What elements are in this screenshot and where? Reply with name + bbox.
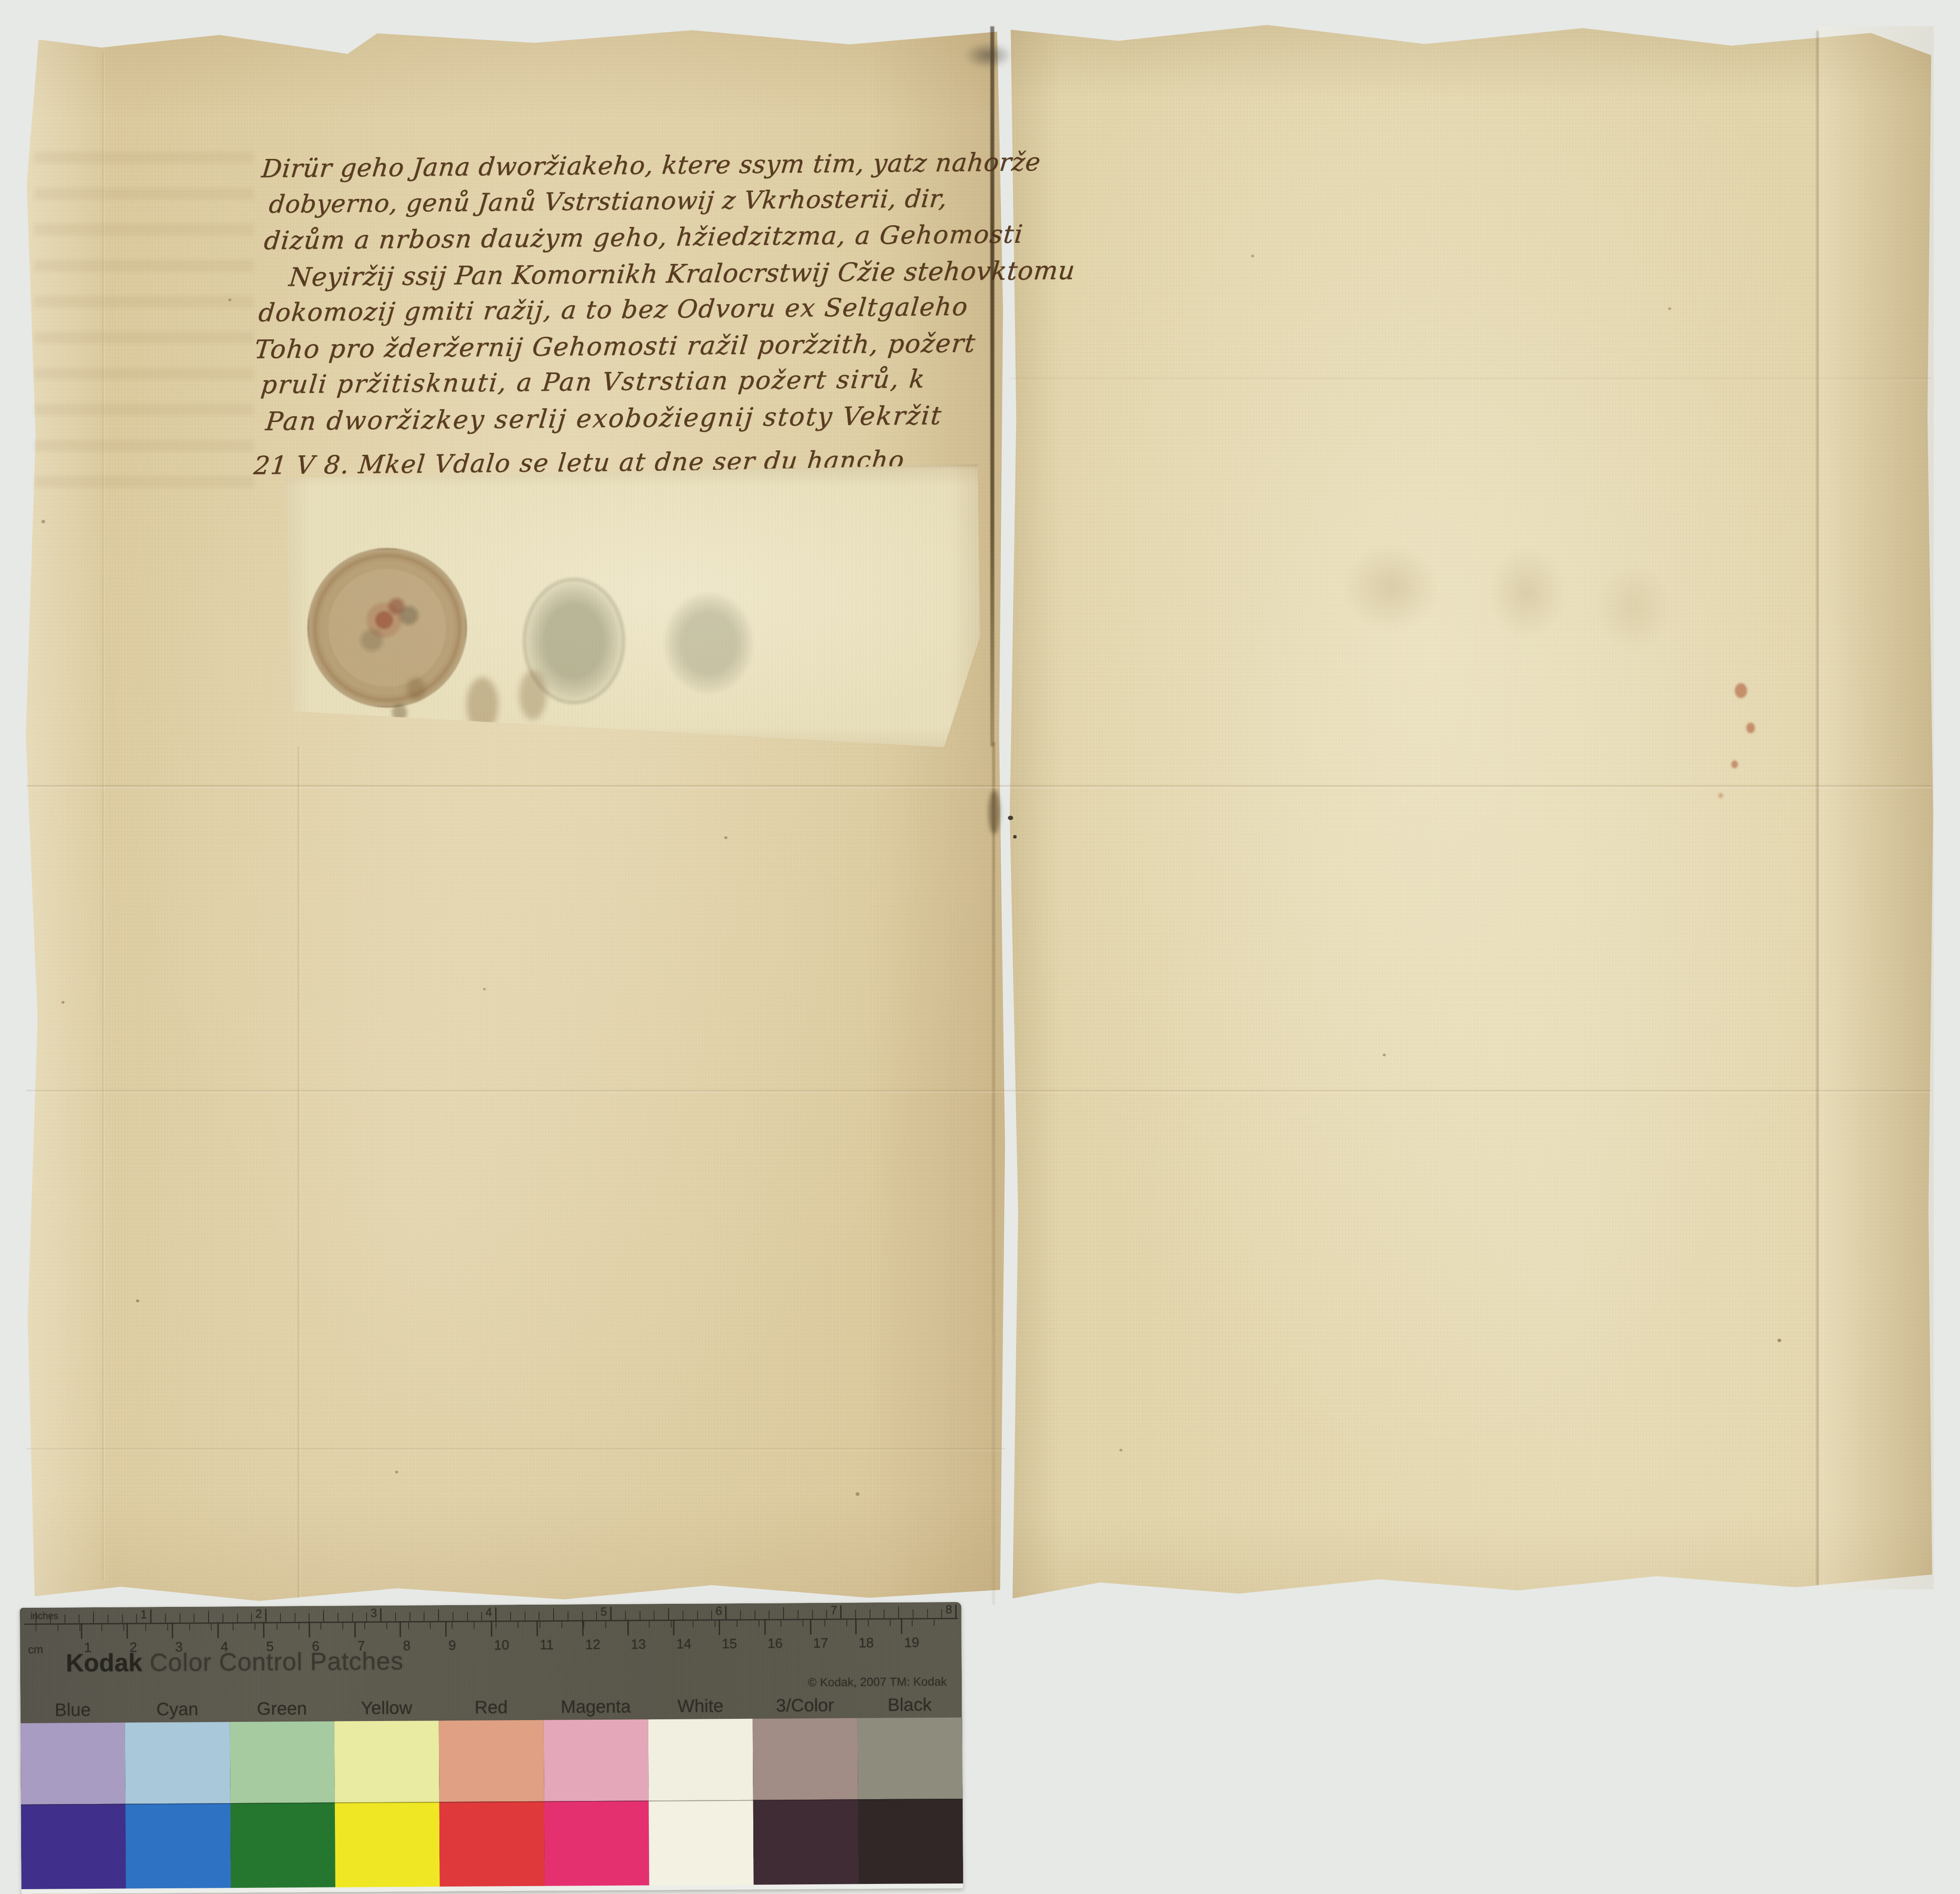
- cm-number: 14: [676, 1636, 692, 1652]
- patch-column-blue: [21, 1723, 126, 1889]
- red-wax-spot: [1735, 683, 1747, 698]
- patch-dark: [544, 1800, 649, 1887]
- inch-number: 2: [248, 1607, 262, 1621]
- inch-major-tick: [955, 1605, 957, 1618]
- patch-dark: [858, 1799, 963, 1885]
- red-wax-spot: [1731, 760, 1738, 768]
- patch-column-black: [857, 1718, 963, 1884]
- cm-major-tick: [628, 1620, 629, 1636]
- brown-stain: [407, 677, 425, 700]
- ink-fleck: [1008, 816, 1013, 820]
- patch-column-yellow: [334, 1721, 440, 1887]
- inch-major-tick: [380, 1608, 381, 1621]
- handwriting-line: Toho pro žderžernij Gehomosti ražil porž…: [253, 328, 977, 364]
- cm-major-tick: [536, 1620, 538, 1636]
- red-wax-spot: [1718, 793, 1723, 798]
- patch-light: [334, 1721, 439, 1802]
- cm-number: 13: [631, 1636, 646, 1652]
- patch-dark: [649, 1800, 754, 1886]
- cm-major-tick: [172, 1623, 173, 1638]
- patch-column-3-color: [753, 1718, 859, 1884]
- patch-light: [230, 1721, 334, 1803]
- inch-major-tick: [840, 1606, 842, 1619]
- cm-major-tick: [719, 1619, 720, 1635]
- cm-major-tick: [856, 1618, 857, 1634]
- horizontal-crease: [26, 1448, 1005, 1450]
- cm-major-tick: [491, 1620, 492, 1636]
- cm-number: 19: [904, 1635, 920, 1650]
- large-wax-seal: [307, 548, 467, 708]
- handwriting-line: dobyerno, genů Janů Vstrstianowij z Vkrh…: [268, 184, 949, 219]
- ink-fleck: [1013, 835, 1017, 839]
- seal-ghost-stain: [1598, 566, 1670, 648]
- patch-label: Black: [857, 1694, 962, 1717]
- inch-number: 8: [938, 1603, 952, 1617]
- kodak-logo-text: Kodak: [66, 1649, 143, 1677]
- patch-dark: [126, 1803, 231, 1889]
- patch-label: Red: [439, 1697, 544, 1719]
- patch-light: [753, 1718, 858, 1800]
- inch-number: 5: [593, 1605, 607, 1619]
- cm-number: 10: [494, 1637, 509, 1653]
- manuscript-right-page: [1007, 20, 1936, 1610]
- patch-light: [439, 1720, 544, 1802]
- inch-number: 6: [708, 1604, 722, 1618]
- patch-light: [857, 1718, 962, 1799]
- cm-number: 9: [449, 1638, 456, 1653]
- inch-major-tick: [495, 1607, 496, 1620]
- handwriting-line: dizům a nrbosn daużym geho, hžiedzitzma,…: [263, 220, 1025, 256]
- patch-grid: [21, 1718, 963, 1889]
- handwriting-line: Neyiržij ssij Pan Komornikh Kralocrstwij…: [288, 255, 1076, 292]
- inch-number: 1: [133, 1608, 147, 1621]
- copyright-text: © Kodak, 2007 TM: Kodak: [808, 1675, 947, 1689]
- patch-column-magenta: [543, 1719, 649, 1886]
- center-fold-line-lower: [992, 742, 995, 1605]
- cm-major-tick: [217, 1622, 219, 1638]
- horizontal-crease: [1010, 378, 1931, 379]
- cm-major-tick: [582, 1620, 583, 1636]
- fold-ink-blot: [989, 790, 1000, 834]
- patch-label: Magenta: [543, 1696, 648, 1718]
- seal-ghost-stain: [1343, 544, 1440, 630]
- patch-label: Cyan: [125, 1699, 230, 1721]
- cm-major-tick: [810, 1619, 811, 1635]
- patch-light: [648, 1719, 753, 1800]
- cm-major-tick: [309, 1622, 310, 1638]
- ink-show-through: [34, 145, 254, 487]
- cm-major-tick: [354, 1621, 356, 1637]
- cm-major-tick: [400, 1621, 401, 1637]
- patch-label: Green: [230, 1698, 334, 1721]
- cm-number: 11: [539, 1637, 554, 1653]
- cm-major-tick: [673, 1620, 674, 1635]
- cm-number: 16: [767, 1635, 783, 1651]
- cm-number: 15: [722, 1636, 737, 1652]
- ruler-unit-cm: cm: [28, 1643, 43, 1656]
- patch-dark: [439, 1801, 545, 1887]
- inch-major-tick: [725, 1606, 726, 1619]
- paper-speckles: [136, 1300, 139, 1302]
- cm-number: 17: [813, 1635, 828, 1651]
- patch-dark: [21, 1804, 126, 1890]
- inch-number: 3: [363, 1606, 377, 1620]
- ruler-unit-inches: inches: [30, 1610, 58, 1621]
- cm-major-tick: [126, 1623, 128, 1638]
- handwriting-line: Dirür geho Jana dworžiakeho, ktere ssym …: [260, 148, 1042, 184]
- patch-label-row: BlueCyanGreenYellowRedMagentaWhite3/Colo…: [20, 1694, 962, 1722]
- patch-label: Blue: [20, 1700, 125, 1722]
- seal-ghost-stain: [1488, 548, 1565, 638]
- small-seal: [664, 593, 754, 694]
- inch-major-tick: [265, 1609, 266, 1622]
- handwritten-text-block: Dirür geho Jana dworžiakeho, ktere ssym …: [246, 141, 1035, 500]
- vertical-crease: [298, 746, 299, 1598]
- patch-label: White: [648, 1696, 753, 1718]
- cm-major-tick: [81, 1623, 82, 1639]
- handwriting-line: dokomozij gmiti ražij, a to bez Odvoru e…: [257, 292, 970, 328]
- cm-major-tick: [263, 1622, 264, 1638]
- brown-stain: [519, 670, 547, 720]
- patch-column-red: [439, 1720, 545, 1887]
- cm-major-tick: [901, 1618, 902, 1634]
- cm-number: 18: [859, 1635, 874, 1651]
- handwriting-line: pruli pržitisknuti, a Pan Vstrstian pože…: [260, 364, 928, 399]
- horizontal-crease: [26, 1090, 1931, 1091]
- patch-dark: [335, 1802, 440, 1888]
- kodak-color-control-target: inches cm 123456781234567891011121314151…: [20, 1602, 963, 1894]
- inch-number: 4: [478, 1606, 492, 1619]
- color-target-title: Kodak Color Control Patches: [66, 1647, 404, 1678]
- cm-major-tick: [764, 1619, 766, 1635]
- pasted-seal-slip: [283, 463, 985, 753]
- inch-number: 7: [823, 1604, 837, 1617]
- handwriting-line: Pan dworžizkey serlij exobožiegnij stoty…: [264, 400, 944, 436]
- cm-number: 8: [403, 1638, 410, 1654]
- cm-major-tick: [445, 1621, 446, 1637]
- horizontal-crease: [26, 785, 1931, 787]
- patch-light: [21, 1723, 126, 1804]
- cm-number: 12: [585, 1637, 601, 1653]
- patch-dark: [230, 1803, 335, 1889]
- patch-column-white: [648, 1719, 754, 1885]
- patch-light: [125, 1722, 230, 1804]
- right-flap-band: [1819, 26, 1934, 1589]
- inch-major-tick: [150, 1610, 151, 1623]
- patch-column-green: [230, 1721, 335, 1888]
- patch-dark: [753, 1799, 859, 1885]
- inch-major-tick: [610, 1607, 611, 1620]
- title-rest: Color Control Patches: [150, 1647, 404, 1677]
- patch-label: Yellow: [334, 1697, 439, 1720]
- fold-top-shadow: [964, 42, 1012, 68]
- patch-light: [543, 1719, 648, 1801]
- red-wax-spot: [1746, 723, 1755, 733]
- scanned-archival-document: Dirür geho Jana dworžiakeho, ktere ssym …: [0, 0, 1960, 1894]
- patch-column-cyan: [125, 1722, 231, 1888]
- patch-label: 3/Color: [753, 1695, 858, 1717]
